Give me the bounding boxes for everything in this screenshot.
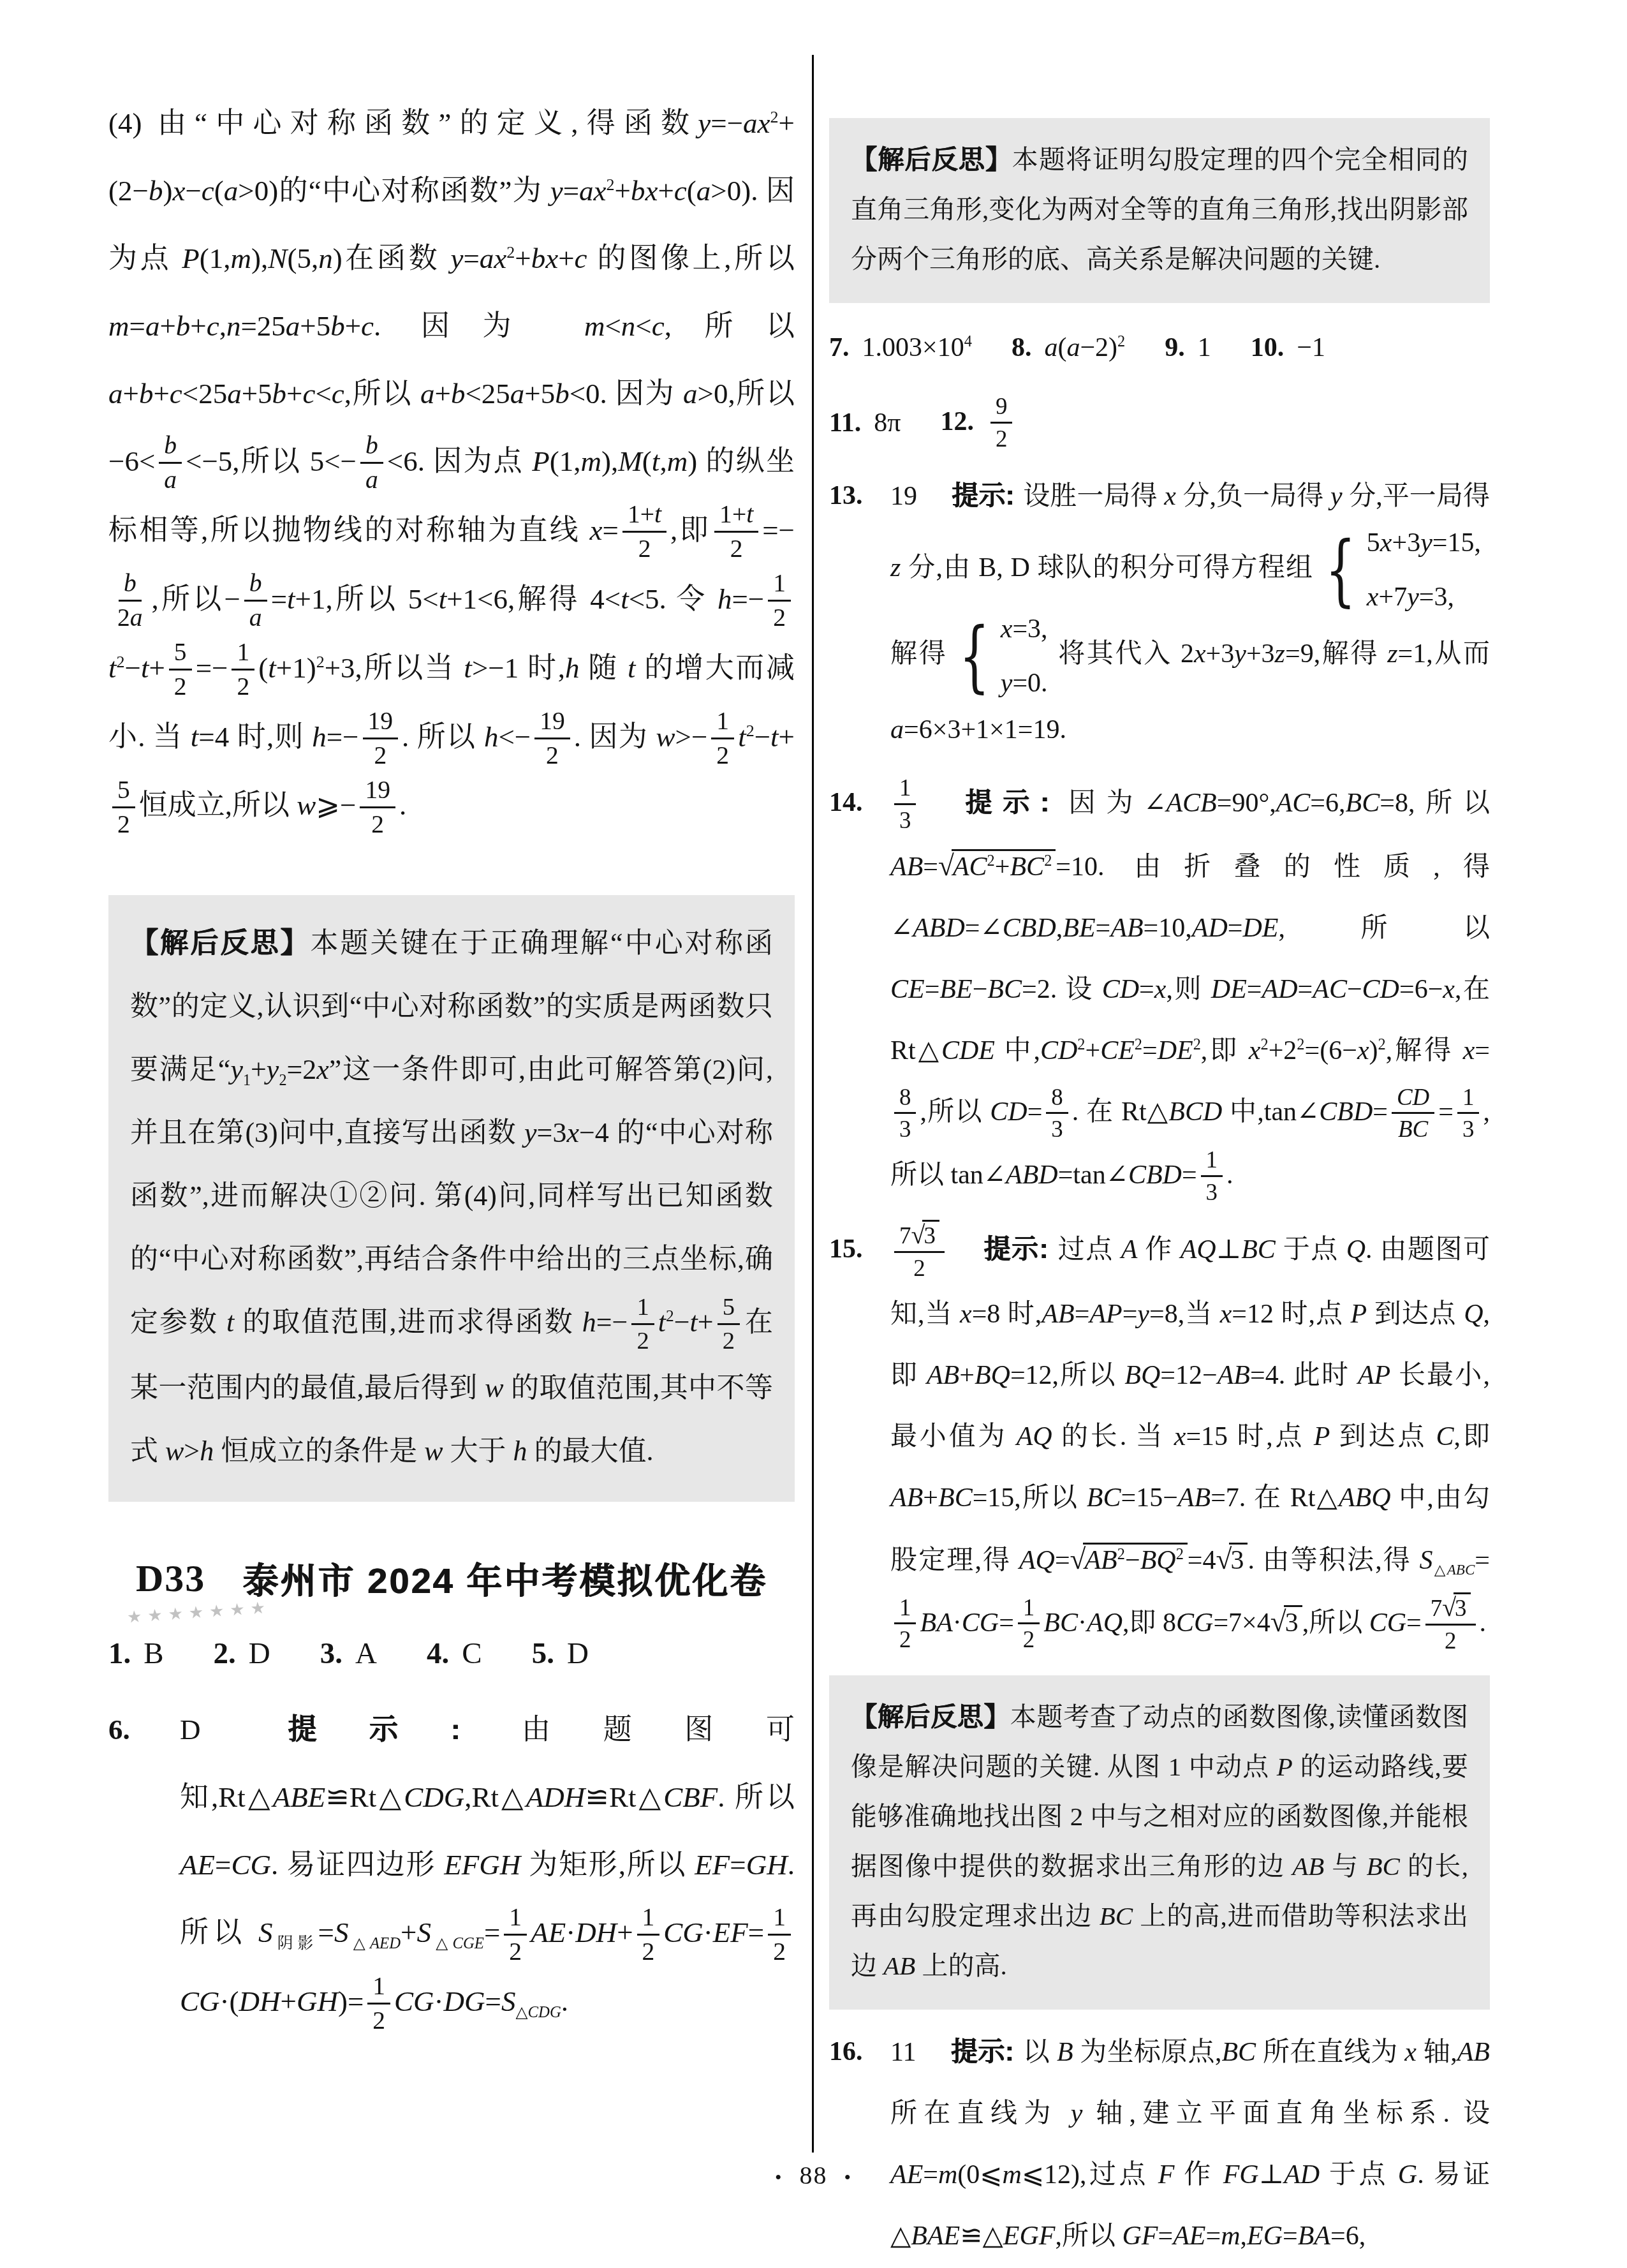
math-run: AQ <box>1181 1235 1216 1264</box>
math-run: w⩾− <box>297 789 356 821</box>
math-variable: BQ <box>975 1361 1010 1390</box>
math-variable: CG <box>1176 1608 1213 1638</box>
math-variable: m <box>108 310 129 342</box>
reflection-label: 【解后反思】 <box>851 1702 1010 1731</box>
fraction: CDBC <box>1392 1083 1434 1143</box>
math-variable: b <box>272 378 287 410</box>
superscript: 2 <box>1117 1546 1125 1563</box>
fraction: 12 <box>232 637 254 701</box>
math-variable: t <box>226 1307 234 1338</box>
math-variable: CG <box>663 1916 703 1948</box>
math-variable: b <box>451 378 466 410</box>
math-run: (t+1)2+ <box>258 652 341 684</box>
math-run: <6 <box>387 445 418 477</box>
fraction-numerator: 8 <box>1046 1083 1068 1115</box>
superscript: 2 <box>746 722 755 740</box>
subscript: △ABC <box>1433 1561 1475 1578</box>
fraction-denominator: 3 <box>1201 1177 1223 1206</box>
fraction-numerator: 1 <box>768 568 791 602</box>
math-variable: y <box>450 242 463 274</box>
math-run: Q <box>1346 1235 1366 1264</box>
math-variable: h <box>312 721 327 753</box>
math-variable: t <box>770 721 779 753</box>
fraction-denominator: 2 <box>541 739 564 771</box>
fraction-denominator: 3 <box>1457 1114 1479 1143</box>
math-variable: AD <box>1262 975 1298 1004</box>
fraction-denominator: 2 <box>1439 1626 1461 1655</box>
math-variable: AB <box>1042 1300 1074 1329</box>
math-run: t <box>226 1307 234 1338</box>
math-variable: h <box>718 583 732 615</box>
fraction-denominator: 2 <box>366 808 389 840</box>
math-run: =10 <box>1056 852 1098 882</box>
math-variable: c <box>202 175 214 207</box>
math-variable: h <box>582 1307 596 1338</box>
math-variable: y <box>230 1054 243 1085</box>
answer-item: 3.A <box>320 1623 377 1684</box>
math-variable: S <box>258 1916 273 1948</box>
math-variable: y <box>1407 582 1419 612</box>
math-variable: CGE <box>452 1935 484 1952</box>
column-divider <box>812 55 814 2153</box>
fraction: 12 <box>504 1902 527 1966</box>
math-variable: BE <box>1063 914 1095 943</box>
math-variable: n <box>621 310 636 342</box>
solution-item: 16.11提示:以 B 为坐标原点,BC 所在直线为 x 轴,AB 所在直线为 … <box>829 2021 1490 2267</box>
solution-item: 6.D提示:由题图可知,Rt△ABE≌Rt△CDG,Rt△ADH≌Rt△CBF.… <box>108 1696 795 2036</box>
math-variable: BCD <box>1168 1097 1222 1127</box>
fraction: 52 <box>169 637 192 701</box>
system-row: x+7y=3, <box>1367 581 1481 613</box>
math-variable: ax <box>480 242 506 274</box>
math-variable: a <box>130 604 143 632</box>
answer-item: 10.−1 <box>1251 318 1325 377</box>
item-number: 16. <box>829 2021 863 2082</box>
math-variable: b <box>330 310 345 342</box>
math-variable: CDG <box>404 1781 464 1813</box>
math-variable: M <box>618 445 642 477</box>
fraction: 1+t2 <box>622 500 666 563</box>
math-variable: AC <box>1276 789 1311 818</box>
math-run: CG <box>394 1985 434 2017</box>
fraction: b2a <box>112 568 148 632</box>
item-answer: 7√32 <box>890 1235 948 1264</box>
math-run: − <box>224 583 240 615</box>
math-variable: AB <box>1457 2038 1490 2067</box>
fraction: 83 <box>894 1083 916 1143</box>
section-badge: D33 <box>136 1557 205 1599</box>
fraction-denominator: 3 <box>894 805 916 834</box>
math-run: x= <box>590 514 619 546</box>
answer-number: 2. <box>214 1637 236 1670</box>
fraction: 192 <box>363 706 399 770</box>
math-variable: AQ <box>1017 1422 1052 1451</box>
system-brace-icon: { <box>959 621 990 692</box>
math-run: CD= <box>990 1097 1042 1127</box>
math-run: S阴影=S△AED+ <box>258 1916 417 1948</box>
math-run: S△ABC= <box>1420 1546 1490 1575</box>
math-variable: AE <box>180 1849 215 1881</box>
math-run: a+b<25a+5b<0 <box>420 378 600 410</box>
math-run: BCD <box>1168 1097 1222 1127</box>
fraction: 92 <box>990 392 1012 452</box>
textbook-answer-page: (4) 由“中心对称函数”的定义,得函数y=−ax2+(2−b)x−c(a>0)… <box>0 0 1627 2268</box>
fraction-numerator: 1 <box>631 1293 654 1325</box>
fraction: 12 <box>637 1902 660 1966</box>
math-run: CG <box>180 1985 220 2017</box>
math-run: t2−t+ <box>658 1307 714 1338</box>
math-variable: h <box>484 721 499 753</box>
fraction: 192 <box>360 775 395 839</box>
math-variable: DE <box>1242 914 1278 943</box>
math-variable: t <box>621 583 629 615</box>
math-run: BC <box>1043 1608 1078 1638</box>
fraction-denominator: 2 <box>633 533 656 564</box>
math-run: S△CDG <box>501 1985 561 2017</box>
answers-row: 7.1.003×1048.a(a−2)29.110.−1 <box>829 318 1490 377</box>
hint-label: 提示: <box>952 480 1014 510</box>
math-variable: bx <box>531 242 558 274</box>
math-variable: ABD <box>1006 1160 1058 1190</box>
fraction: 12 <box>768 1902 791 1966</box>
math-variable: Q <box>1464 1300 1483 1329</box>
subscript: 1 <box>243 1072 251 1089</box>
hint-label: 提示: <box>983 1234 1048 1264</box>
math-variable: EGF <box>1003 2221 1056 2251</box>
fraction: 13 <box>1201 1146 1223 1206</box>
math-run: y=ax2+bx+c(a>0) <box>550 175 751 207</box>
superscript: 2 <box>117 653 125 671</box>
math-run: BC=15−AB= <box>1087 1483 1226 1513</box>
system-row: x=3, <box>1001 613 1048 645</box>
fraction-numerator: 8 <box>894 1083 916 1115</box>
math-variable: CE <box>1100 1036 1135 1065</box>
fraction-numerator: 9 <box>990 392 1012 424</box>
math-run: CDG <box>404 1781 464 1813</box>
math-run: EF=GH <box>695 1849 787 1881</box>
math-variable: a <box>249 604 262 632</box>
radicand: AB2−BQ2 <box>1083 1543 1187 1575</box>
system-rows: 5x+3y=15,x+7y=3, <box>1367 527 1481 613</box>
math-run: h <box>513 1435 527 1467</box>
reflection-box: 【解后反思】本题关键在于正确理解“中心对称函数”的定义,认识到“中心对称函数”的… <box>108 895 795 1502</box>
math-run: x=8 <box>960 1300 1000 1329</box>
fraction-numerator: 19 <box>360 775 395 808</box>
math-run: BE=AB=10,AD=DE <box>1063 914 1278 943</box>
math-run: y <box>1071 2099 1083 2128</box>
math-run: y=ax2+bx+c <box>450 242 587 274</box>
math-variable: a <box>1044 333 1057 362</box>
math-variable: AB <box>890 1483 923 1513</box>
math-variable: AP <box>1358 1361 1390 1390</box>
superscript: 2 <box>506 243 515 262</box>
math-run: 5<t+1<6 <box>408 583 508 615</box>
math-variable: w <box>165 1435 184 1467</box>
math-variable: AQ <box>1087 1608 1123 1638</box>
superscript: 2 <box>666 1307 674 1326</box>
math-variable: P <box>1314 1422 1330 1451</box>
math-run: m=a+b+c,n=25a+5b+c <box>108 310 374 342</box>
fraction: 192 <box>534 706 570 770</box>
math-variable: CD <box>1040 1036 1077 1065</box>
fraction-numerator: b <box>119 568 142 602</box>
math-run: y=3x−4 <box>524 1117 609 1148</box>
item-number: 14. <box>829 772 863 833</box>
superscript: 2 <box>1193 1036 1201 1053</box>
math-variable: ACB <box>1166 789 1216 818</box>
math-run: BC <box>1221 2038 1256 2067</box>
radicand: 3 <box>1454 1592 1470 1621</box>
hint-label: 提示: <box>235 1713 460 1745</box>
left-column: (4) 由“中心对称函数”的定义,得函数y=−ax2+(2−b)x−c(a>0)… <box>108 89 795 2036</box>
math-variable: S <box>334 1916 349 1948</box>
math-run: CD2+CE2=DE2 <box>1040 1036 1201 1065</box>
solution-item: 15.7√32提示:过点 A 作 AQ⊥BC 于点 Q. 由题图可知,当 x=8… <box>829 1219 1490 1656</box>
fraction-denominator: 2 <box>711 739 734 771</box>
fraction-denominator: 2 <box>637 1936 660 1967</box>
math-variable: AB <box>927 1361 959 1390</box>
fraction-numerator: 5 <box>718 1293 740 1325</box>
fraction-numerator: 19 <box>363 706 399 739</box>
fraction-denominator: 2 <box>232 671 254 702</box>
math-variable: y <box>1234 639 1246 669</box>
answer-item: 11.8π <box>829 394 901 452</box>
math-variable: AD <box>1192 914 1228 943</box>
math-variable: P <box>532 445 550 477</box>
answer-number: 5. <box>532 1637 554 1670</box>
math-run: a>0 <box>683 378 728 410</box>
answer-item: 4.C <box>427 1623 482 1684</box>
math-run: P <box>1314 1422 1330 1451</box>
fraction: 13 <box>1457 1083 1479 1143</box>
math-variable: c <box>674 175 687 207</box>
math-run: AQ <box>1087 1608 1123 1638</box>
radicand: 3 <box>1284 1605 1302 1637</box>
math-run: x= <box>1463 1036 1490 1065</box>
square-root: √3 <box>1270 1608 1302 1638</box>
footer-right-dot-icon: • <box>844 2167 853 2188</box>
item-number: 15. <box>829 1219 863 1280</box>
math-run: GH <box>297 1985 338 2017</box>
math-variable: B <box>1057 2038 1073 2067</box>
math-variable: y <box>1330 482 1343 511</box>
math-variable: y <box>524 1117 537 1148</box>
math-run: c<c <box>302 378 344 410</box>
system-row: 5x+3y=15, <box>1367 527 1481 559</box>
superscript: 2 <box>1135 1036 1142 1053</box>
math-variable: BE <box>939 975 972 1004</box>
math-variable: a <box>1066 333 1080 362</box>
answer-number: 10. <box>1251 333 1285 362</box>
fraction-numerator: b <box>159 431 182 464</box>
math-variable: n <box>318 242 333 274</box>
math-run: ABE <box>273 1781 325 1813</box>
math-run: 1.003×104 <box>862 333 972 362</box>
subscript: △CGE <box>431 1935 484 1952</box>
fraction-numerator: 1 <box>711 706 734 739</box>
math-run: x2+22=(6− <box>1249 1036 1357 1065</box>
math-variable: AB <box>1218 1361 1250 1390</box>
fraction-denominator: 2 <box>369 739 392 771</box>
fraction-denominator: 2 <box>768 602 791 633</box>
math-variable: w <box>656 721 675 753</box>
square-root: √AB2−BQ2 <box>1070 1546 1188 1575</box>
answer-number: 1. <box>108 1637 131 1670</box>
fraction: ba <box>360 431 383 494</box>
math-variable: AB <box>1110 914 1143 943</box>
math-variable: b <box>124 569 136 597</box>
math-variable: t <box>287 583 295 615</box>
math-variable: AC <box>1313 975 1347 1004</box>
math-variable: b <box>139 378 154 410</box>
item-number: 6. <box>108 1696 130 1763</box>
math-variable: DG <box>444 1985 485 2017</box>
hint-label: 提示: <box>954 787 1049 817</box>
square-root: √3 <box>911 1222 939 1249</box>
answer-item: 5.D <box>532 1623 589 1684</box>
math-variable: ax <box>743 107 770 139</box>
subscript: △AED <box>348 1935 401 1952</box>
fraction: ba <box>244 568 267 632</box>
math-variable: h <box>513 1435 527 1467</box>
math-run: m<n<c <box>584 310 665 342</box>
fraction-numerator: 1 <box>367 1971 390 2005</box>
math-run: AB <box>883 1951 915 1980</box>
fraction-denominator: 2 <box>169 671 192 702</box>
math-variable: m <box>581 445 602 477</box>
math-run: DH <box>239 1985 281 2017</box>
math-run: CG <box>1176 1608 1213 1638</box>
fraction-numerator: 1 <box>232 637 254 671</box>
math-variable: t <box>628 652 636 684</box>
math-variable: AE <box>531 1916 566 1948</box>
answer-number: 12. <box>940 407 974 436</box>
math-variable: x <box>1220 1300 1232 1329</box>
subscript: 阴影 <box>272 1935 318 1952</box>
math-variable: x <box>960 1300 972 1329</box>
math-run: 7 <box>1431 1595 1442 1621</box>
math-variable: CG <box>180 1985 220 2017</box>
math-variable: x <box>1164 482 1176 511</box>
section-badge-wrap: D33★★★★★★★ <box>136 1557 205 1601</box>
math-run: t=4 <box>191 721 229 753</box>
fraction-numerator: 7√3 <box>1425 1592 1476 1626</box>
math-variable: b <box>164 431 177 459</box>
math-variable: t <box>746 500 753 528</box>
fraction: 12 <box>894 1594 916 1654</box>
math-run: CBD <box>1319 1097 1373 1127</box>
math-run: ABD <box>1006 1160 1058 1190</box>
math-variable: AE <box>1173 2221 1205 2251</box>
square-root: √AC2+BC2 <box>938 852 1056 882</box>
math-run: BC=2 <box>987 975 1050 1004</box>
math-variable: t <box>652 445 660 477</box>
math-variable: CD <box>990 1097 1027 1127</box>
fraction: 12 <box>711 706 734 770</box>
math-variable: CG <box>231 1849 271 1881</box>
math-run: P <box>1277 1752 1293 1781</box>
math-run: AQ <box>1017 1422 1052 1451</box>
math-variable: EF <box>713 1916 748 1948</box>
math-run: x <box>1164 482 1176 511</box>
math-variable: y <box>1420 528 1432 558</box>
math-run: a=6×3+1×1=19 <box>890 715 1059 745</box>
math-variable: c <box>207 310 219 342</box>
math-variable: m <box>1221 2221 1240 2251</box>
math-variable: c <box>170 378 182 410</box>
answer-item: 2.D <box>214 1623 270 1684</box>
fraction-denominator: 2 <box>908 1253 930 1282</box>
answer-item: 1.B <box>108 1623 164 1684</box>
math-variable: m <box>231 242 252 274</box>
math-run: S△CGE= <box>416 1916 500 1948</box>
item-answer: D <box>180 1714 201 1745</box>
math-run: h<− <box>484 721 531 753</box>
math-run: AQ= <box>1019 1546 1070 1575</box>
math-run: h=− <box>582 1307 628 1338</box>
fraction-denominator: a <box>244 602 267 633</box>
math-run: t2−t+ <box>738 721 795 753</box>
fraction-numerator: 1 <box>1457 1083 1479 1115</box>
item-answer: 11 <box>890 2038 916 2067</box>
reflection-box: 【解后反思】本题将证明勾股定理的四个完全相同的直角三角形,变化为两对全等的直角三… <box>829 118 1490 303</box>
math-variable: DE <box>1211 975 1247 1004</box>
math-run: GF=AE=m,EG=BA=6 <box>1122 2221 1358 2251</box>
subscript: 2 <box>279 1072 286 1089</box>
answer-value: A <box>355 1637 377 1670</box>
math-variable: a <box>420 378 435 410</box>
math-variable: Q <box>1346 1235 1366 1264</box>
math-variable: AB <box>1084 1546 1117 1575</box>
fraction-numerator: 1 <box>894 774 916 805</box>
math-run: BC <box>1100 1901 1133 1931</box>
math-variable: BQ <box>1140 1546 1176 1575</box>
superscript: 2 <box>1044 852 1052 870</box>
solution-item: 13.19提示:设胜一局得 x 分,负一局得 y 分,平一局得 z 分,由 B,… <box>829 465 1490 760</box>
fraction: 1+t2 <box>714 500 758 563</box>
math-variable: x <box>1463 1036 1475 1065</box>
math-run: ADH <box>526 1781 585 1813</box>
math-variable: CG <box>394 1985 434 2017</box>
math-variable: c <box>332 378 344 410</box>
math-variable: m <box>584 310 605 342</box>
math-run: DG <box>444 1985 485 2017</box>
answer-value: 1 <box>1198 333 1211 362</box>
math-variable: x <box>172 175 185 207</box>
math-run: t <box>628 652 636 684</box>
math-variable: ABC <box>1447 1561 1475 1578</box>
answer-value: 8π <box>874 408 901 438</box>
math-variable: x <box>1404 2038 1417 2067</box>
math-variable: CD <box>1397 1084 1429 1110</box>
fraction-numerator: b <box>360 431 383 464</box>
fraction-numerator: 1 <box>637 1902 660 1936</box>
math-variable: N <box>268 242 287 274</box>
math-variable: z <box>890 553 901 582</box>
math-variable: AC <box>953 852 987 882</box>
math-run: AB= <box>890 852 938 882</box>
page-footer: •88• <box>0 2160 1627 2190</box>
math-run: BQ=12−AB=4 <box>1124 1361 1278 1390</box>
math-variable: AB <box>890 852 923 882</box>
math-variable: a <box>683 378 698 410</box>
math-run: ABQ <box>1339 1483 1391 1513</box>
math-run: EFGH <box>444 1849 520 1881</box>
fraction-numerator: b <box>244 568 267 602</box>
fraction-numerator: CD <box>1392 1083 1434 1115</box>
math-run: BA <box>920 1608 952 1638</box>
answer-number: 7. <box>829 333 850 362</box>
